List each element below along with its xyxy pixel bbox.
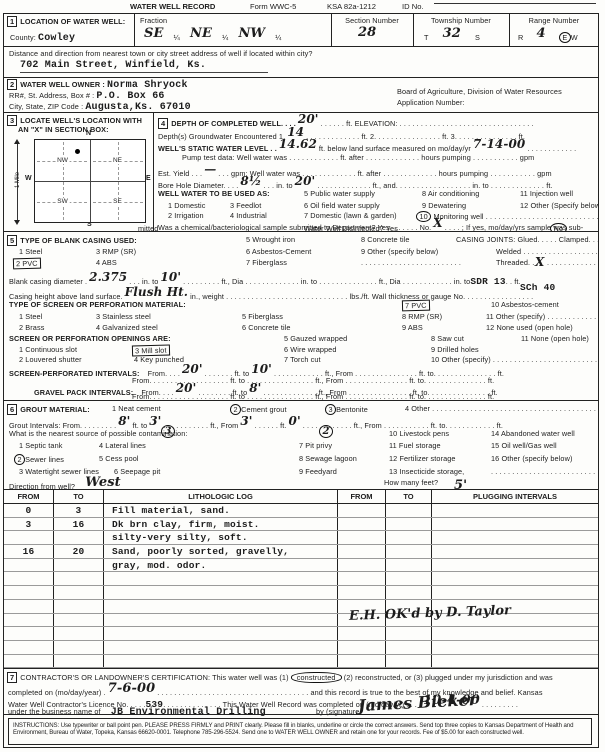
- cell-plug-from: [338, 504, 386, 517]
- township-label-text: Township Number: [431, 16, 491, 25]
- disinfected-label: Water Well Disinfected? Yes: [304, 224, 398, 232]
- application-number-label: Application Number:: [397, 98, 465, 107]
- use-option-11: 11 Injection well: [520, 189, 573, 198]
- application-number-text: Application Number:: [397, 98, 465, 107]
- opening-option-4: 4 Key punched: [134, 355, 184, 364]
- cell-lithology: [104, 600, 338, 613]
- range-east-circled: E: [559, 32, 571, 43]
- cell-lithology: silty-very silty, soft.: [104, 531, 338, 544]
- screen-option-1: 1 Steel: [19, 312, 42, 321]
- cell-from: [4, 586, 54, 599]
- cell-plug-to: [386, 627, 432, 640]
- use-option-3: 3 Feedlot: [230, 201, 261, 210]
- lithologic-table-body: 0 3 Fill material, sand. 3 16 Dk brn cla…: [4, 504, 598, 669]
- contamination-question-line: What is the nearest source of possible c…: [9, 429, 188, 438]
- form-body: 1LOCATION OF WATER WELL: County: Cowley …: [3, 13, 599, 748]
- township-label: Township Number: [415, 16, 507, 25]
- cell-lithology: [104, 627, 338, 640]
- mile-scale-label: 1 Mile: [15, 160, 21, 200]
- owner-city-line: City, State, ZIP Code : Augusta,Ks. 6701…: [9, 102, 191, 113]
- cell-lithology: [104, 572, 338, 585]
- use-label: WELL WATER TO BE USED AS:: [158, 189, 270, 198]
- fraction-label-text: Fraction: [140, 16, 167, 25]
- quadrant-se-label: SE: [111, 198, 124, 205]
- table-row: [4, 572, 598, 586]
- openings-title: SCREEN OR PERFORATION OPENINGS ARE:: [9, 334, 171, 343]
- cell-lithology: [104, 655, 338, 668]
- contamination-option-10: 10 Livestock pens: [389, 429, 449, 438]
- section-2-number: 2: [7, 79, 17, 90]
- screen-option-6: 6 Concrete tile: [242, 323, 291, 332]
- cell-plug-to: [386, 504, 432, 517]
- cell-plug-interval: [432, 572, 598, 585]
- cell-plug-from: [338, 559, 386, 572]
- well-location-dot: [75, 149, 80, 154]
- casing-row-2: 1 Steel 3 RMP (SR) 6 Asbestos-Cement 9 O…: [19, 247, 42, 256]
- range-label: Range Number: [511, 16, 597, 25]
- grout-option-4: 4 Other . . . . . . . . . . . . . . . . …: [405, 404, 598, 413]
- casing-option-6: 6 Asbestos-Cement: [246, 247, 311, 256]
- grout-interval-1-from: 8': [116, 414, 132, 428]
- header-lithologic-log: LITHOLOGIC LOG: [104, 490, 338, 503]
- contamination-option-4: 4 Lateral lines: [99, 441, 146, 450]
- distance-question: Distance and direction from nearest town…: [9, 49, 313, 58]
- screen-option-7-boxed: 7 PVC: [402, 300, 430, 312]
- bentonite-circled-number: 3: [325, 404, 336, 415]
- certification-text-d: . . . . . . . . .: [482, 700, 518, 709]
- openings-row-3: 2 Louvered shutter 4 Key punched 7 Torch…: [19, 355, 82, 364]
- quadrant-sw-label: SW: [55, 198, 69, 205]
- gravel-interval-blank: From. . . . . . . . . . . . . . . . . . …: [132, 392, 494, 401]
- header-plugging-intervals: PLUGGING INTERVALS: [432, 490, 598, 503]
- cell-lithology: [104, 614, 338, 627]
- casing-option-7: 7 Fiberglass: [246, 258, 287, 267]
- cement-grout-label: Cement grout: [241, 405, 286, 414]
- use-option-12: 12 Other (Specify below): [520, 201, 598, 210]
- screen-option-11: 11 Other (specify) . . . . . . . . . . .…: [486, 312, 598, 321]
- cell-to: [54, 627, 104, 640]
- casing-diameter-value: 2.375: [87, 270, 129, 284]
- screen-material-row-2: 1 Steel 3 Stainless steel 5 Fiberglass 8…: [19, 312, 42, 321]
- cell-plug-from: [338, 531, 386, 544]
- water-well-record-form: WATER WELL RECORD Form WWC-5 KSA 82a-121…: [0, 0, 605, 752]
- table-row: [4, 627, 598, 641]
- est-yield-dash: —: [202, 162, 218, 176]
- lithologic-table: FROM TO LITHOLOGIC LOG FROM TO PLUGGING …: [4, 490, 598, 669]
- use-option-5: 5 Public water supply: [304, 189, 375, 198]
- table-row: [4, 641, 598, 655]
- cell-plug-from: [338, 641, 386, 654]
- contamination-option-5: 5 Cess pool: [99, 454, 139, 463]
- contamination-option-1: 1 Septic tank: [19, 441, 63, 450]
- board-line: Board of Agriculture, Division of Water …: [397, 87, 562, 96]
- contamination-option-16: 16 Other (specify below): [491, 454, 572, 463]
- joints-welded-label: Welded . . . . . . . . . . . . . . . . .…: [496, 247, 598, 256]
- contamination-row-2: 1 Septic tank 4 Lateral lines 7 Pit priv…: [19, 441, 63, 450]
- cell-to: [54, 572, 104, 585]
- table-row: silty-very silty, soft.: [4, 531, 598, 545]
- cell-plug-interval: [432, 559, 598, 572]
- dashed-line: [118, 142, 119, 220]
- screen-material-title: TYPE OF SCREEN OR PERFORATION MATERIAL:: [9, 300, 186, 309]
- well-address-value: 702 Main Street, Winfield, Ks.: [20, 60, 268, 73]
- cell-to: 3: [54, 504, 104, 517]
- cell-plug-to: [386, 545, 432, 558]
- screen-interval-from-value: 20': [180, 362, 205, 376]
- mile-label-text: 1 Mile: [15, 172, 21, 188]
- section-location: 1LOCATION OF WATER WELL: County: Cowley …: [4, 14, 598, 47]
- direction-label: Direction from well?: [9, 482, 75, 490]
- use-row-2: 1 Domestic 3 Feedlot 6 Oil field water s…: [168, 201, 206, 210]
- range-value-line: R 4 EW: [518, 29, 578, 44]
- compass-north-label: N: [86, 130, 91, 137]
- contamination-question: What is the nearest source of possible c…: [9, 429, 188, 438]
- table-row: gray, mod. odor.: [4, 559, 598, 573]
- instructions-line-1: INSTRUCTIONS: Use typewriter or ball poi…: [13, 722, 587, 729]
- cell-to: [54, 531, 104, 544]
- certification-line-1: 7CONTRACTOR'S OR LANDOWNER'S CERTIFICATI…: [7, 672, 553, 683]
- section-3-number: 3: [7, 115, 17, 126]
- opening-option-2: 2 Louvered shutter: [19, 355, 82, 364]
- sewer-lines-circled-number: 2: [14, 454, 25, 465]
- cell-lithology: Dk brn clay, firm, moist.: [104, 518, 338, 531]
- owner-title: WATER WELL OWNER :: [20, 80, 105, 89]
- screen-option-2: 2 Brass: [19, 323, 44, 332]
- static-level-label: WELL'S STATIC WATER LEVEL . .: [158, 144, 277, 153]
- compass-east-label: E: [146, 175, 151, 182]
- contamination-option-7: 7 Pit privy: [299, 441, 332, 450]
- openings-row-1: SCREEN OR PERFORATION OPENINGS ARE: 5 Ga…: [9, 334, 171, 343]
- cell-plug-interval: [432, 518, 598, 531]
- cell-from: 3: [4, 518, 54, 531]
- opening-option-5: 5 Gauzed wrapped: [284, 334, 347, 343]
- threaded-x-mark: X: [533, 255, 546, 269]
- cell-plug-to: [386, 572, 432, 585]
- divider: [509, 14, 510, 47]
- cell-plug-to: [386, 531, 432, 544]
- dashed-line: [63, 142, 64, 220]
- certification-text-b: (2) reconstructed, or (3) plugged under …: [344, 673, 553, 682]
- compass-west-label: W: [25, 175, 32, 182]
- depth-completed-label: DEPTH OF COMPLETED WELL. . . .: [171, 119, 296, 128]
- mile-arrow-up: [14, 139, 20, 144]
- mile-arrow-down: [14, 220, 20, 225]
- screen-option-4: 4 Galvanized steel: [96, 323, 158, 332]
- casing-height-tail: in., weight . . . . . . . . . . . . . . …: [190, 292, 533, 301]
- disinfected-no-circled: No: [550, 223, 567, 232]
- use-option-6: 6 Oil field water supply: [304, 201, 380, 210]
- section-number-value-line: 28: [356, 28, 378, 43]
- cell-lithology: [104, 586, 338, 599]
- table-row: 0 3 Fill material, sand.: [4, 504, 598, 518]
- disinfected-line: Water Well Disinfected? Yes No: [304, 223, 567, 232]
- section-casing: 5TYPE OF BLANK CASING USED: 5 Wrought ir…: [4, 232, 598, 401]
- section-7-number: 7: [7, 672, 17, 683]
- statute-label: KSA 82a-1212: [327, 2, 376, 11]
- cell-plug-from: [338, 627, 386, 640]
- county-line: County: Cowley: [10, 33, 75, 44]
- casing-diameter-line: Blank casing diameter .2.375. . . in. to…: [9, 273, 521, 287]
- mitted-word: mitted: [138, 224, 158, 232]
- bentonite-label: Bentonite: [336, 405, 368, 414]
- cell-from: [4, 655, 54, 668]
- screen-option-10: 10 Asbestos-cement: [491, 300, 559, 309]
- cell-to: [54, 641, 104, 654]
- lithologic-table-header: FROM TO LITHOLOGIC LOG FROM TO PLUGGING …: [4, 490, 598, 504]
- cell-from: 16: [4, 545, 54, 558]
- cell-lithology: [104, 641, 338, 654]
- cell-plug-interval: [432, 586, 598, 599]
- cell-lithology: gray, mod. odor.: [104, 559, 338, 572]
- screen-option-5: 5 Fiberglass: [242, 312, 283, 321]
- cell-plug-interval: [432, 627, 598, 640]
- cell-from: [4, 627, 54, 640]
- cell-from: [4, 641, 54, 654]
- instructions-section: INSTRUCTIONS: Use typewriter or ball poi…: [4, 715, 598, 749]
- depth-completed-line: 4DEPTH OF COMPLETED WELL. . . .20'. . . …: [158, 115, 534, 129]
- gravel-intervals-label: GRAVEL PACK INTERVALS:: [34, 388, 133, 397]
- opening-option-9: 9 Drilled holes: [431, 345, 479, 354]
- cell-to: [54, 586, 104, 599]
- fraction-label: Fraction: [140, 16, 167, 25]
- cell-plug-to: [386, 559, 432, 572]
- screen-material-row-3: 2 Brass 4 Galvanized steel 6 Concrete ti…: [19, 323, 44, 332]
- direction-line: Direction from well? West How many feet?…: [9, 478, 123, 490]
- section-number-label-text: Section Number: [345, 16, 399, 25]
- cell-from: [4, 614, 54, 627]
- completed-date-value: 7-6-00: [106, 681, 158, 696]
- cell-to: [54, 559, 104, 572]
- form-title: WATER WELL RECORD: [130, 2, 215, 11]
- grout-interval-2-from: 3': [238, 414, 254, 428]
- table-row: 3 16 Dk brn clay, firm, moist.: [4, 518, 598, 532]
- cell-to: [54, 614, 104, 627]
- cell-from: [4, 572, 54, 585]
- how-many-feet-value: 5': [452, 478, 469, 490]
- contamination-option-12: 12 Fertilizer storage: [389, 454, 456, 463]
- use-option-8: 8 Air conditioning: [422, 189, 479, 198]
- fraction-values: SE ¼ NE ¼ NW ¼: [142, 29, 287, 44]
- grout-material-line: 6GROUT MATERIAL: 1 Neat cement 2Cement g…: [7, 404, 90, 415]
- township-value-line: T 32 S: [424, 29, 480, 44]
- cell-plug-interval: [432, 545, 598, 558]
- section-grout: 6GROUT MATERIAL: 1 Neat cement 2Cement g…: [4, 401, 598, 490]
- divider: [413, 14, 414, 47]
- elevation-label: . . . . . . ft. ELEVATION: . . . . . . .…: [321, 119, 534, 128]
- owner-address-line: RR#, St. Address, Box # : P.O. Box 66: [9, 91, 165, 102]
- owner-address-label: RR#, St. Address, Box # :: [9, 91, 94, 100]
- constructed-ovaled: constructed: [291, 672, 342, 683]
- township-value: 32: [441, 26, 463, 41]
- bore-hole-diameter: 8½: [238, 174, 263, 188]
- opening-option-8: 8 Saw cut: [431, 334, 464, 343]
- grout-option-1: 1 Neat cement: [112, 404, 161, 413]
- casing-option-3: 3 RMP (SR): [96, 247, 136, 256]
- township-t: T: [424, 33, 428, 42]
- county-label: County:: [10, 33, 36, 42]
- cell-plug-interval: [432, 504, 598, 517]
- grout-intervals-d: . . . . . . ft.: [255, 421, 287, 430]
- header-to-2: TO: [386, 490, 432, 503]
- pump-test-line: Pump test data: Well water was . . . . .…: [182, 153, 534, 162]
- range-west: W: [571, 33, 578, 42]
- gravel-intervals-row-2: From. . . . . . . . . . . . . . . . . . …: [132, 392, 494, 401]
- casing-row-3: 2 PVC 4 ABS 7 Fiberglass . . . . . . . .…: [13, 258, 41, 269]
- form-number: Form WWC-5: [250, 2, 296, 11]
- casing-depth-value: 10': [158, 270, 183, 284]
- cell-plug-interval: [432, 531, 598, 544]
- contamination-option-14: 14 Abandoned water well: [491, 429, 575, 438]
- section-owner: 2WATER WELL OWNER : Norma Shryock RR#, S…: [4, 78, 598, 113]
- owner-address-value: P.O. Box 66: [96, 91, 164, 102]
- range-r: R: [518, 33, 523, 42]
- section-locate-box: 3LOCATE WELL'S LOCATION WITH AN "X" IN S…: [4, 113, 154, 232]
- cell-to: 20: [54, 545, 104, 558]
- contamination-option-8: 8 Sewage lagoon: [299, 454, 357, 463]
- locate-title-2: AN "X" IN SECTION BOX:: [18, 125, 109, 134]
- cell-plug-to: [386, 641, 432, 654]
- static-level-dots: . . . . . . . . . . . .: [527, 144, 576, 153]
- contamination-option-15: 15 Oil well/Gas well: [491, 441, 557, 450]
- quarter-glyph: ¼: [275, 33, 281, 42]
- table-row: [4, 586, 598, 600]
- cell-plug-interval: [432, 641, 598, 654]
- owner-name-value: Norma Shryock: [107, 80, 188, 91]
- cell-plug-from: [338, 655, 386, 668]
- direction-value: West: [83, 475, 123, 490]
- quadrant-ne-label: NE: [111, 157, 124, 164]
- cell-to: [54, 600, 104, 613]
- range-label-text: Range Number: [529, 16, 580, 25]
- id-no-label: ID No.: [402, 2, 424, 11]
- quadrant-nw-label: NW: [55, 157, 70, 164]
- casing-title: TYPE OF BLANK CASING USED:: [20, 236, 137, 245]
- opening-option-1: 1 Continuous slot: [19, 345, 77, 354]
- owner-city-value: Augusta,Ks. 67010: [85, 102, 190, 113]
- cell-lithology: Fill material, sand.: [104, 504, 338, 517]
- use-row-1: WELL WATER TO BE USED AS: 5 Public water…: [158, 189, 270, 198]
- disinfected-blank: [398, 225, 548, 232]
- cell-lithology: Sand, poorly sorted, gravelly,: [104, 545, 338, 558]
- county-value: Cowley: [38, 33, 75, 44]
- casing-option-5: 5 Wrought iron: [246, 235, 295, 244]
- casing-other-dots: . . . . . . . . . . . . . . . . . . . . …: [361, 258, 461, 267]
- distance-question-text: Distance and direction from nearest town…: [9, 49, 313, 58]
- section-certification: 7CONTRACTOR'S OR LANDOWNER'S CERTIFICATI…: [4, 669, 598, 715]
- contamination-other-dots: . . . . . . . . . . . . . . . . . . . . …: [491, 467, 598, 476]
- cell-from: [4, 559, 54, 572]
- use-option-9: 9 Dewatering: [422, 201, 466, 210]
- location-title-line: 1LOCATION OF WATER WELL:: [7, 16, 125, 27]
- screen-option-3: 3 Stainless steel: [96, 312, 151, 321]
- joints-threaded-dots: . . . . . . . . . . . . .: [547, 258, 598, 267]
- range-value: 4: [535, 26, 548, 41]
- cell-plug-from: [338, 572, 386, 585]
- section-5-number: 5: [7, 235, 17, 246]
- screen-material-row-1: TYPE OF SCREEN OR PERFORATION MATERIAL: …: [9, 300, 186, 309]
- section-6-number: 6: [7, 404, 17, 415]
- id-no-blank: [434, 3, 596, 4]
- cell-to: 16: [54, 518, 104, 531]
- cell-from: [4, 600, 54, 613]
- casing-option-8: 8 Concrete tile: [361, 235, 410, 244]
- casing-diameter-label: Blank casing diameter .: [9, 277, 87, 286]
- static-level-date: 7-14-00: [471, 137, 527, 151]
- opening-option-11: 11 None (open hole): [521, 334, 589, 343]
- locate-title-1: LOCATE WELL'S LOCATION WITH: [20, 116, 142, 125]
- casing-diameter-end: . . ft.: [506, 277, 521, 286]
- quarter-glyph: ¼: [222, 33, 228, 42]
- header-to: TO: [54, 490, 104, 503]
- grout-title: GROUT MATERIAL:: [20, 405, 89, 414]
- screen-option-9: 9 ABS: [402, 323, 423, 332]
- cell-plug-interval: [432, 655, 598, 668]
- contamination-option-13: 13 Insecticide storage,: [389, 467, 464, 476]
- how-many-feet-label: How many feet?: [384, 478, 438, 487]
- contamination-option-11: 11 Fuel storage: [389, 441, 441, 450]
- casing-joints-label: CASING JOINTS: Glued. . . . . Clamped. .…: [456, 235, 598, 244]
- bore-hole-depth: 20': [293, 174, 318, 188]
- cell-from: 0: [4, 504, 54, 517]
- screen-option-8: 8 RMP (SR): [402, 312, 442, 321]
- openings-row-2: 1 Continuous slot 3 Mill slot 6 Wire wra…: [19, 345, 77, 354]
- instructions-line-2: Environment, Bureau of Water, Topeka, Ka…: [13, 729, 587, 736]
- opening-option-6: 6 Wire wrapped: [284, 345, 337, 354]
- screen-option-12: 12 None used (open hole): [486, 323, 573, 332]
- location-title: LOCATION OF WATER WELL:: [20, 17, 125, 26]
- fraction-1-value: SE: [142, 26, 166, 41]
- grout-option-3-circled: 3Bentonite: [325, 404, 368, 415]
- cell-plug-to: [386, 655, 432, 668]
- sewer-lines-label: Sewer lines: [25, 455, 64, 464]
- static-level-value: 14.62: [277, 137, 319, 151]
- cell-to: [54, 655, 104, 668]
- header-from-2: FROM: [338, 490, 386, 503]
- well-address-line: 702 Main Street, Winfield, Ks.: [20, 60, 268, 73]
- instructions-box: INSTRUCTIONS: Use typewriter or ball poi…: [8, 718, 592, 745]
- section-box-center-horizontal: [35, 181, 145, 182]
- opening-option-10: 10 Other (specify) . . . . . . . . . . .…: [431, 355, 598, 364]
- divider: [331, 14, 332, 47]
- locate-title-line2: AN "X" IN SECTION BOX:: [18, 125, 109, 134]
- grout-interval-1-to: 3': [147, 414, 163, 428]
- header-from: FROM: [4, 490, 54, 503]
- divider: [134, 14, 135, 47]
- cell-plug-to: [386, 586, 432, 599]
- sdr-value: SDR 13: [470, 276, 505, 287]
- section-box-diagram: NW NE SW SE: [34, 139, 146, 223]
- contamination-option-9: 9 Feedyard: [299, 467, 337, 476]
- contamination-row-3: 2Sewer lines 5 Cess pool 8 Sewage lagoon…: [14, 454, 64, 465]
- owner-city-label: City, State, ZIP Code :: [9, 102, 83, 111]
- grout-interval-2-to: 0': [287, 414, 303, 428]
- screen-intervals-label: SCREEN-PERFORATED INTERVALS:: [9, 369, 140, 378]
- table-row: [4, 655, 598, 669]
- quarter-glyph: ¼: [174, 33, 180, 42]
- opening-option-7: 7 Torch cut: [284, 355, 321, 364]
- fraction-2-value: NE: [188, 26, 214, 41]
- board-line-text: Board of Agriculture, Division of Water …: [397, 87, 562, 96]
- township-s: S: [475, 33, 480, 42]
- casing-row-1: 5TYPE OF BLANK CASING USED: 5 Wrought ir…: [7, 235, 137, 246]
- cell-plug-from: [338, 586, 386, 599]
- cell-plug-from: [338, 518, 386, 531]
- grout-interval-2-material-mark: 2: [319, 425, 333, 438]
- static-level-line: WELL'S STATIC WATER LEVEL . .14.62ft. be…: [158, 140, 576, 154]
- cell-plug-from: [338, 545, 386, 558]
- section-number-value: 28: [356, 25, 378, 40]
- casing-height-value: Flush Ht.: [123, 285, 190, 299]
